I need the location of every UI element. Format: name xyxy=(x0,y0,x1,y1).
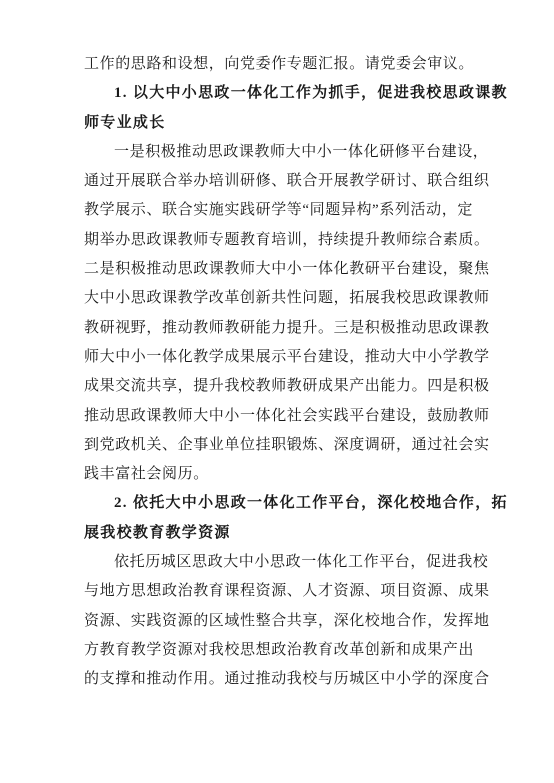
paragraph-block: 一是积极推动思政课教师大中小一体化研修平台建设，通过开展联合举办培训研修、联合开… xyxy=(84,138,490,490)
paragraph-block: 工作的思路和设想，向党委作专题汇报。请党委会审议。 xyxy=(84,50,490,79)
text-line: 教学展示、联合实施实践研学等“同题异构”系列活动，定 xyxy=(84,196,490,225)
text-line: 2. 依托大中小思政一体化工作平台，深化校地合作，拓 xyxy=(84,489,490,518)
text-line: 大中小思政课教学改革创新共性问题，拓展我校思政课教师 xyxy=(84,284,490,313)
text-line: 依托历城区思政大中小思政一体化工作平台，促进我校 xyxy=(84,548,490,577)
text-line: 展我校教育教学资源 xyxy=(84,519,490,548)
paragraph-block: 依托历城区思政大中小思政一体化工作平台，促进我校与地方思想政治教育课程资源、人才… xyxy=(84,548,490,694)
text-line: 与地方思想政治教育课程资源、人才资源、项目资源、成果 xyxy=(84,577,490,606)
text-line: 师专业成长 xyxy=(84,109,490,138)
document-page: 工作的思路和设想，向党委作专题汇报。请党委会审议。1. 以大中小思政一体化工作为… xyxy=(0,0,554,783)
text-line: 一是积极推动思政课教师大中小一体化研修平台建设， xyxy=(84,138,490,167)
text-line: 的支撑和推动作用。通过推动我校与历城区中小学的深度合 xyxy=(84,665,490,694)
text-line: 1. 以大中小思政一体化工作为抓手，促进我校思政课教 xyxy=(84,79,490,108)
document-text-area: 工作的思路和设想，向党委作专题汇报。请党委会审议。1. 以大中小思政一体化工作为… xyxy=(84,50,490,695)
text-line: 通过开展联合举办培训研修、联合开展教学研讨、联合组织 xyxy=(84,167,490,196)
text-line: 教研视野，推动教师教研能力提升。三是积极推动思政课教 xyxy=(84,314,490,343)
text-line: 资源、实践资源的区域性整合共享，深化校地合作，发挥地 xyxy=(84,607,490,636)
heading-block: 2. 依托大中小思政一体化工作平台，深化校地合作，拓展我校教育教学资源 xyxy=(84,489,490,548)
text-line: 工作的思路和设想，向党委作专题汇报。请党委会审议。 xyxy=(84,50,490,79)
text-line: 成果交流共享，提升我校教师教研成果产出能力。四是积极 xyxy=(84,372,490,401)
text-line: 二是积极推动思政课教师大中小一体化教研平台建设，聚焦 xyxy=(84,255,490,284)
text-line: 师大中小一体化教学成果展示平台建设，推动大中小学教学 xyxy=(84,343,490,372)
text-line: 期举办思政课教师专题教育培训，持续提升教师综合素质。 xyxy=(84,226,490,255)
text-line: 到党政机关、企事业单位挂职锻炼、深度调研，通过社会实 xyxy=(84,431,490,460)
text-line: 践丰富社会阅历。 xyxy=(84,460,490,489)
text-line: 推动思政课教师大中小一体化社会实践平台建设，鼓励教师 xyxy=(84,402,490,431)
heading-block: 1. 以大中小思政一体化工作为抓手，促进我校思政课教师专业成长 xyxy=(84,79,490,138)
text-line: 方教育教学资源对我校思想政治教育改革创新和成果产出 xyxy=(84,636,490,665)
